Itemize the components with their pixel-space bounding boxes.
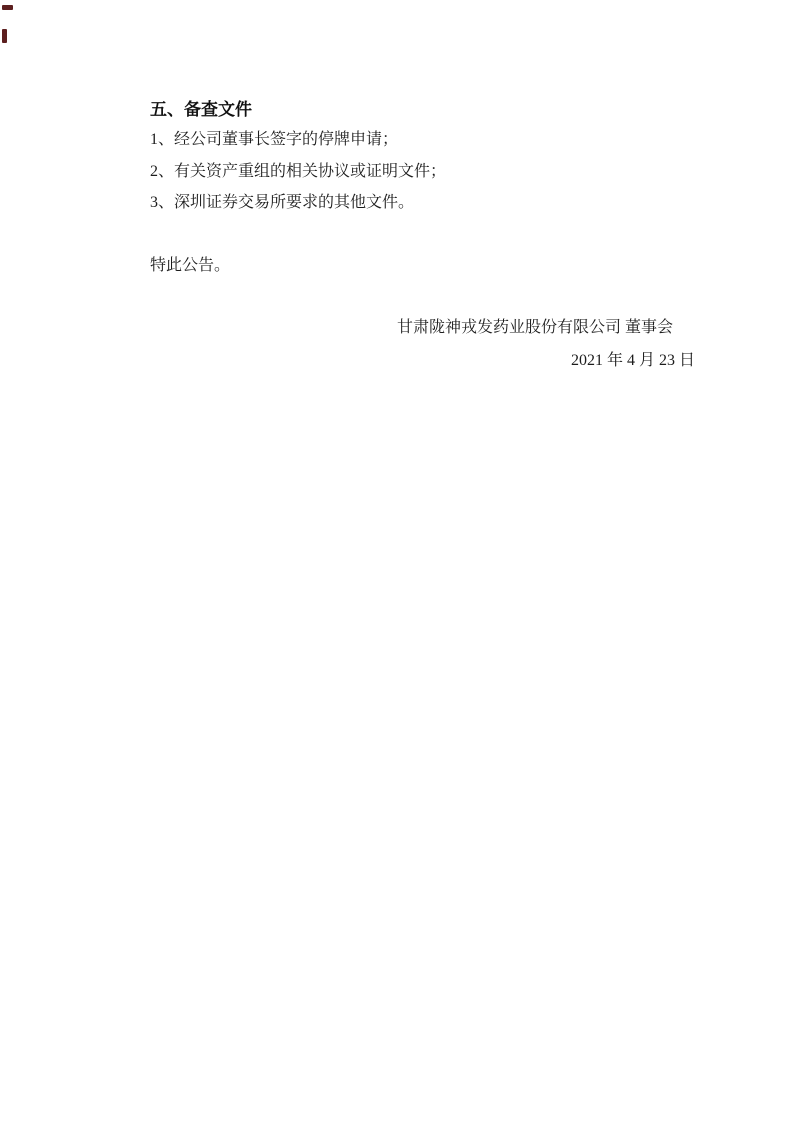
signature-date: 2021 年 4 月 23 日: [571, 351, 695, 371]
list-item: 3、深圳证券交易所要求的其他文件。: [150, 193, 414, 213]
closing-text: 特此公告。: [150, 256, 230, 276]
scan-artifact-mark: [2, 29, 7, 43]
document-page: 五、备查文件 1、经公司董事长签字的停牌申请； 2、有关资产重组的相关协议或证明…: [0, 0, 793, 1122]
list-item: 1、经公司董事长签字的停牌申请；: [150, 130, 398, 150]
list-item: 2、有关资产重组的相关协议或证明文件；: [150, 162, 446, 182]
signature-company: 甘肃陇神戎发药业股份有限公司 董事会: [397, 318, 673, 338]
section-heading: 五、备查文件: [150, 100, 252, 120]
scan-artifact-mark: [2, 5, 13, 10]
